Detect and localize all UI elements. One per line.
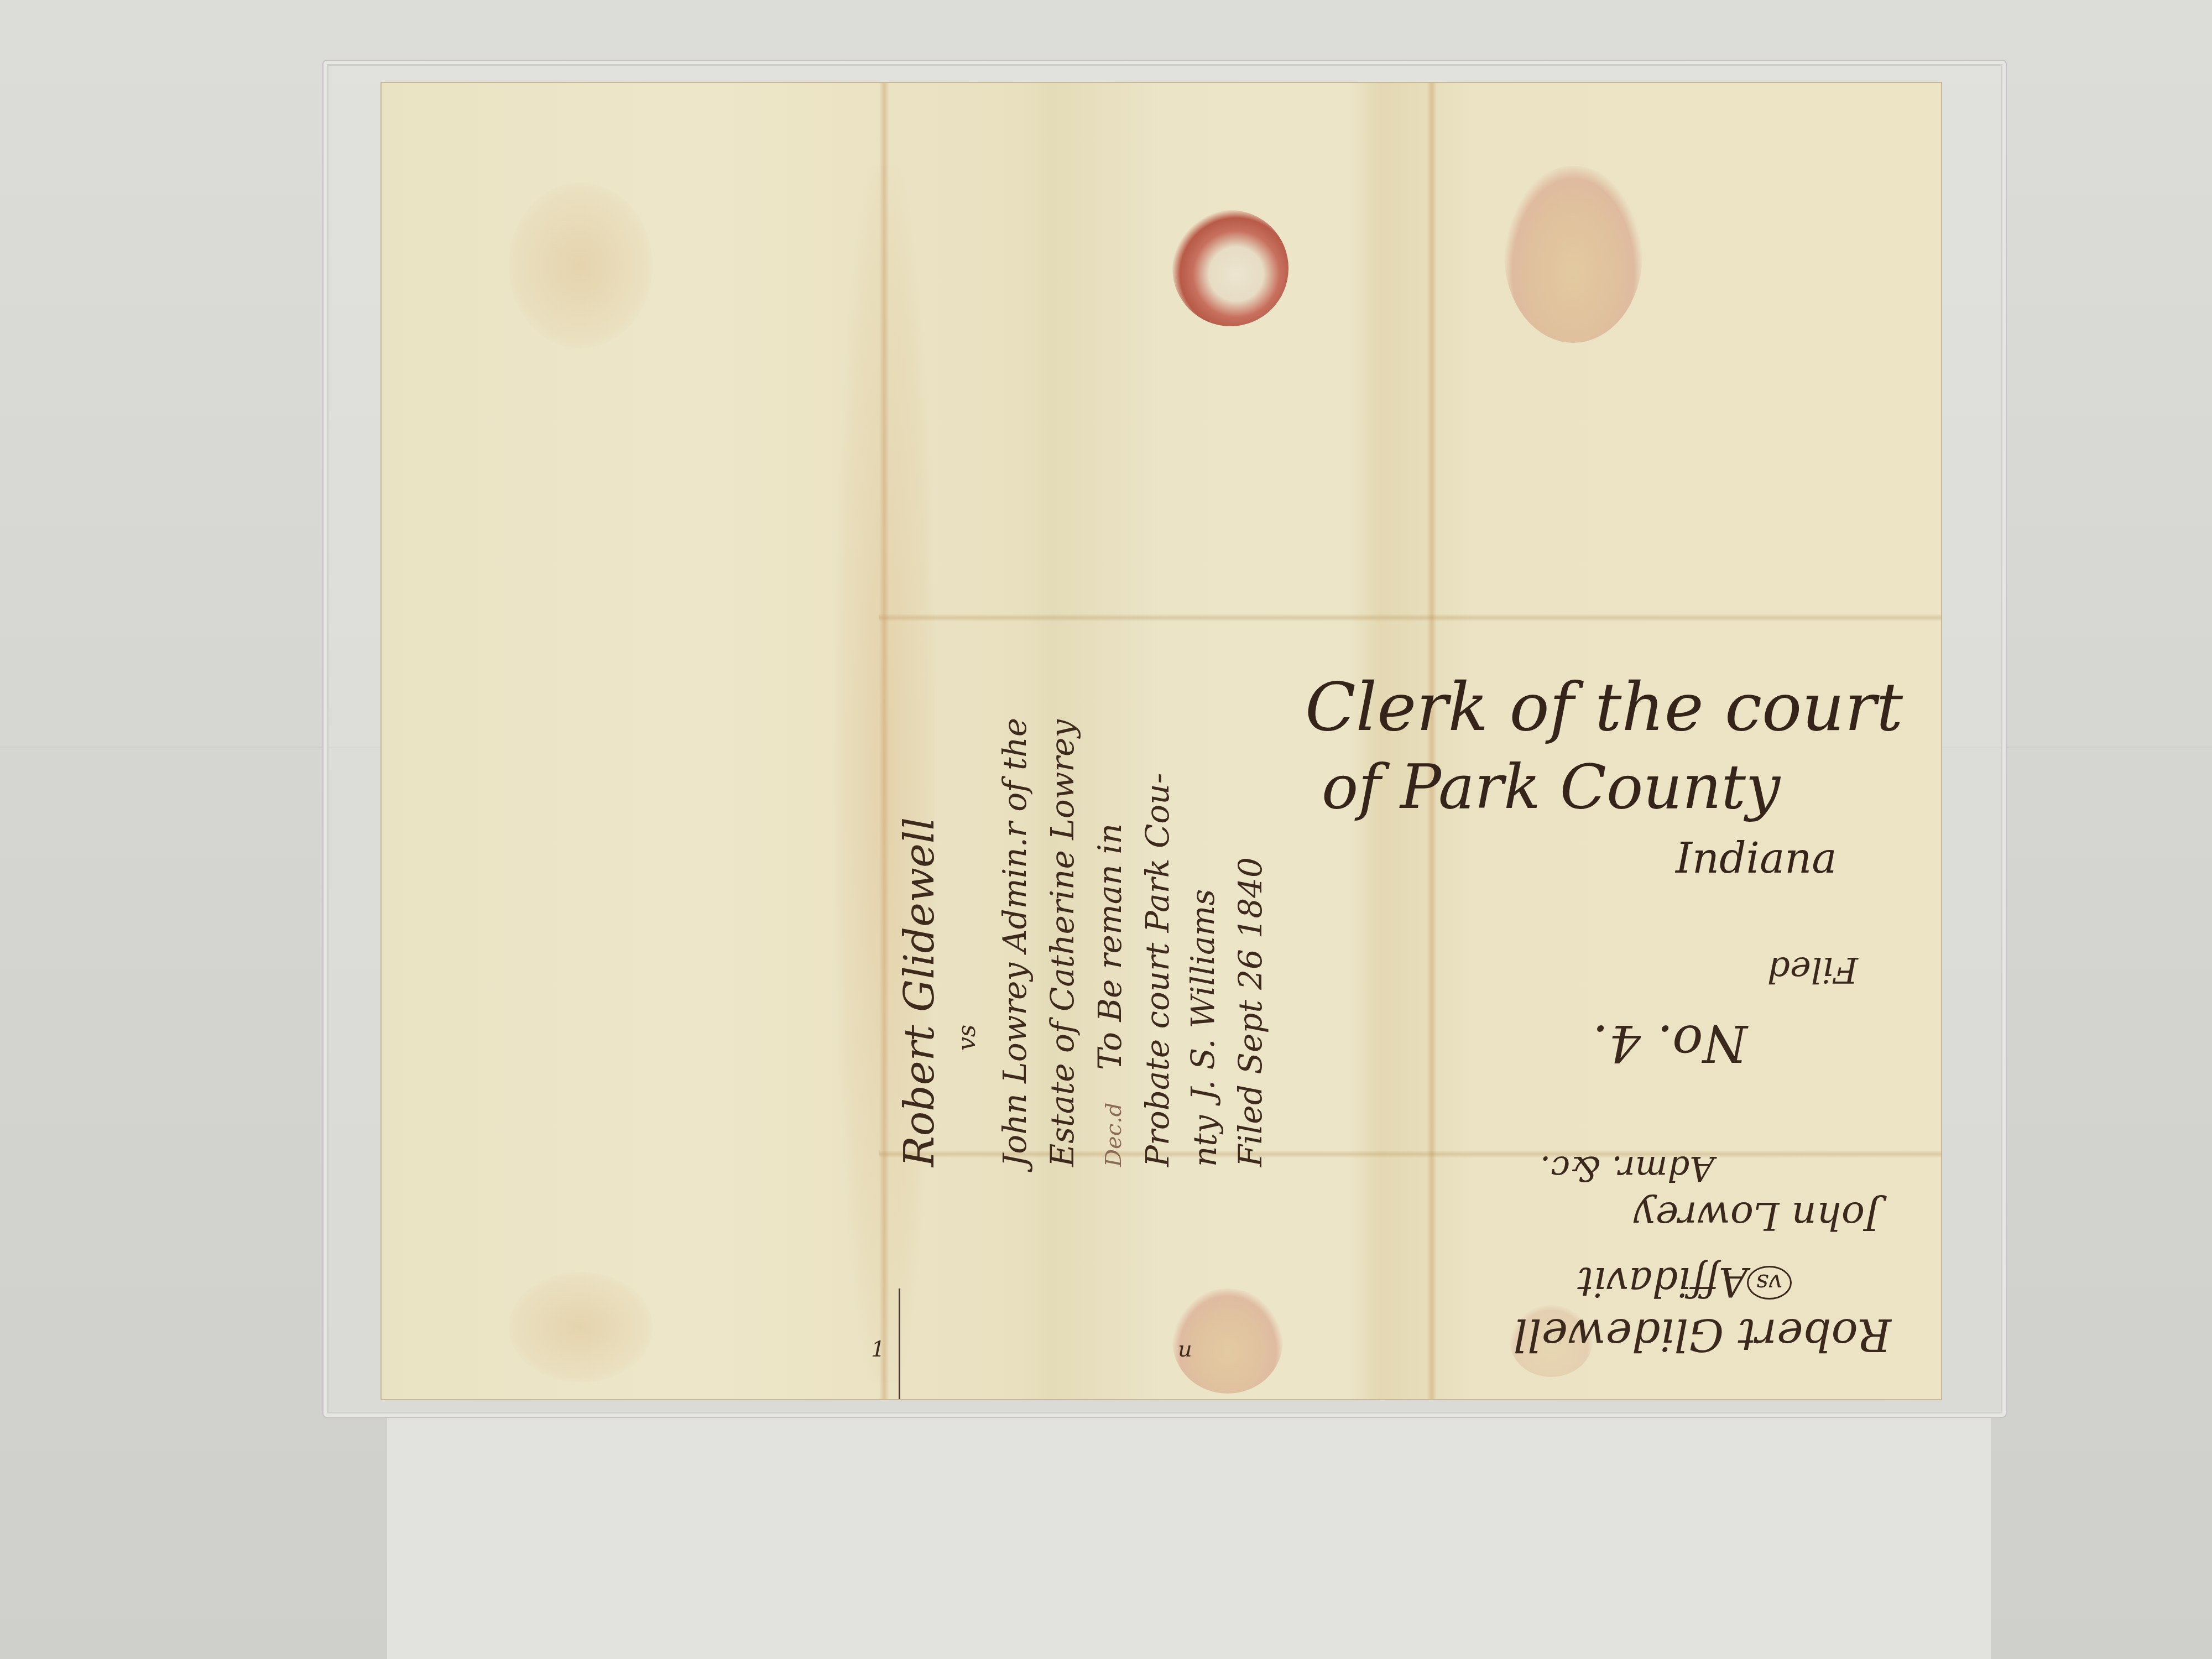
inverted-filed: Filed: [1767, 949, 1858, 990]
fold-line-horizontal-upper: [879, 614, 1941, 622]
docket-versus: vs: [943, 718, 991, 1167]
inverted-defendant: John Lowrey: [1634, 1193, 1880, 1239]
docket-remand: To Be reman in: [1091, 823, 1129, 1070]
inverted-role: Admr. &c.: [1540, 1149, 1714, 1189]
red-wax-seal-center-top: [1172, 210, 1288, 326]
docket-endorsement: Robert Glidewell vs John Lowrey Admin.r …: [896, 718, 1274, 1167]
docket-defendant: John Lowrey Admin.r of the: [991, 718, 1039, 1167]
inverted-doc-type: Affidavit: [1577, 1259, 1747, 1305]
address-line-clerk: Clerk of the court: [1305, 669, 1903, 746]
address-block: Clerk of the court of Park County Indian…: [1288, 669, 1903, 883]
docket-plaintiff: Robert Glidewell: [896, 718, 943, 1167]
stain-left-bottom: [509, 1272, 653, 1383]
margin-mark-seal: u: [1178, 1338, 1192, 1360]
inverted-versus: vs: [1747, 1266, 1792, 1300]
docket-estate: Estate of Catherine Lowrey: [1039, 718, 1086, 1167]
inverted-case-number: No. 4.: [1592, 1014, 1747, 1073]
address-line-county: of Park County: [1322, 752, 1903, 822]
backdrop-lower-sheet: [387, 1416, 1991, 1659]
margin-mark-left: 1: [871, 1338, 885, 1360]
docket-court: Probate court Park Cou-: [1134, 718, 1181, 1167]
fold-pencil-line: [899, 1288, 900, 1399]
address-line-state: Indiana: [1676, 833, 1903, 883]
docket-deceased: Dec.d: [1101, 1103, 1126, 1167]
inverted-plaintiff: Robert Glidewell: [1514, 1309, 1891, 1360]
inverted-endorsement: Filed No. 4. Robert Glidewell vs Affidav…: [1449, 940, 1924, 1394]
stain-left-top: [509, 182, 653, 348]
docket-clerk-signature: J. S. Williams: [1179, 718, 1227, 1100]
faded-seal-right-top: [1504, 166, 1642, 343]
docket-filed-date: Filed Sept 26 1840: [1227, 718, 1274, 1167]
